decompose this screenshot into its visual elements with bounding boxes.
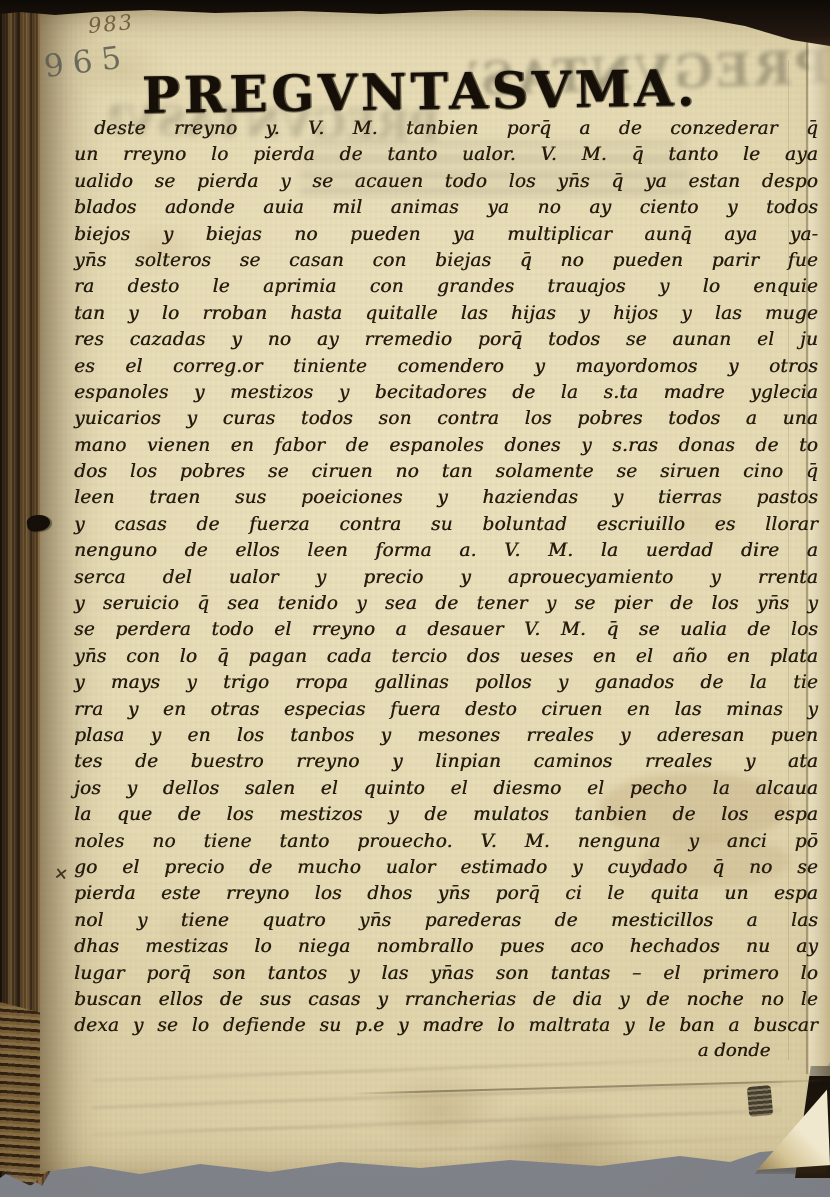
manuscript-line: tes de buestro rreyno y linpian caminos … [74, 749, 818, 775]
manuscript-line: espanoles y mestizos y becitadores de la… [74, 380, 818, 406]
manuscript-line: pierda este rreyno los dhos yn̄s porq̄ c… [74, 881, 818, 907]
manuscript-line: un rreyno lo pierda de tanto ualor. V. M… [74, 142, 818, 168]
manuscript-line: y seruicio q̄ sea tenido y sea de tener … [74, 591, 818, 617]
manuscript-line: ra desto le aprimia con grandes trauajos… [74, 274, 818, 300]
manuscript-line: lugar porq̄ son tantos y las yn̄as son t… [74, 961, 818, 987]
manuscript-line: rra y en otras especias fuera desto ciru… [74, 697, 818, 723]
page-title: PREGVNTASVMA. [128, 58, 713, 125]
manuscript-line: se perdera todo el rreyno a desauer V. M… [74, 617, 818, 643]
manuscript-line: serca del ualor y precio y aprouecyamien… [74, 565, 818, 591]
catchword: a donde [664, 1040, 804, 1061]
manuscript-line: ualido se pierda y se acauen todo los yn… [74, 169, 818, 195]
manuscript-line: noles no tiene tanto prouecho. V. M. nen… [74, 829, 818, 855]
manuscript-line: go el precio de mucho ualor estimado y c… [74, 855, 818, 881]
manuscript-line: res cazadas y no ay rremedio porq̄ todos… [74, 327, 818, 353]
manuscript-line: biejos y biejas no pueden ya multiplicar… [74, 222, 818, 248]
manuscript-line: deste rreyno y. V. M. tanbien porq̄ a de… [74, 116, 818, 142]
manuscript-line: dhas mestizas lo niega nombrallo pues ac… [74, 934, 818, 960]
manuscript-line: jos y dellos salen el quinto el diesmo e… [74, 776, 818, 802]
margin-star-mark: × [53, 863, 70, 885]
folio-number-983: 983 [87, 10, 135, 38]
manuscript-line: leen traen sus poeiciones y haziendas y … [74, 485, 818, 511]
body-text: deste rreyno y. V. M. tanbien porq̄ a de… [74, 116, 818, 1040]
manuscript-line: es el correg.or tiniente comendero y may… [74, 354, 818, 380]
manuscript-line: yn̄s con lo q̄ pagan cada tercio dos ues… [74, 644, 818, 670]
manuscript-line: nenguno de ellos leen forma a. V. M. la … [74, 538, 818, 564]
manuscript-line: y casas de fuerza contra su boluntad esc… [74, 512, 818, 538]
manuscript-line: blados adonde auia mil animas ya no ay c… [74, 195, 818, 221]
manuscript-line: dexa y se lo defiende su p.e y madre lo … [74, 1013, 818, 1039]
manuscript-line: nol y tiene quatro yn̄s parederas de mes… [74, 908, 818, 934]
manuscript-line: tan y lo rroban hasta quitalle las hijas… [74, 301, 818, 327]
manuscript-line: yuicarios y curas todos son contra los p… [74, 406, 818, 432]
stamp-mark [747, 1085, 774, 1117]
manuscript-line: buscan ellos de sus casas y rrancherias … [74, 987, 818, 1013]
manuscript-line: la que de los mestizos y de mulatos tanb… [74, 802, 818, 828]
manuscript-line: plasa y en los tanbos y mesones rreales … [74, 723, 818, 749]
manuscript-line: mano vienen en fabor de espanoles dones … [74, 433, 818, 459]
manuscript-line: y mays y trigo rropa gallinas pollos y g… [74, 670, 818, 696]
manuscript-line: dos los pobres se ciruen no tan solament… [74, 459, 818, 485]
manuscript-line: yn̄s solteros se casan con biejas q̄ no … [74, 248, 818, 274]
manuscript-scan: PREGVNTASVMA. PREGVNTASVMA. 983 965 PREG… [0, 0, 830, 1197]
